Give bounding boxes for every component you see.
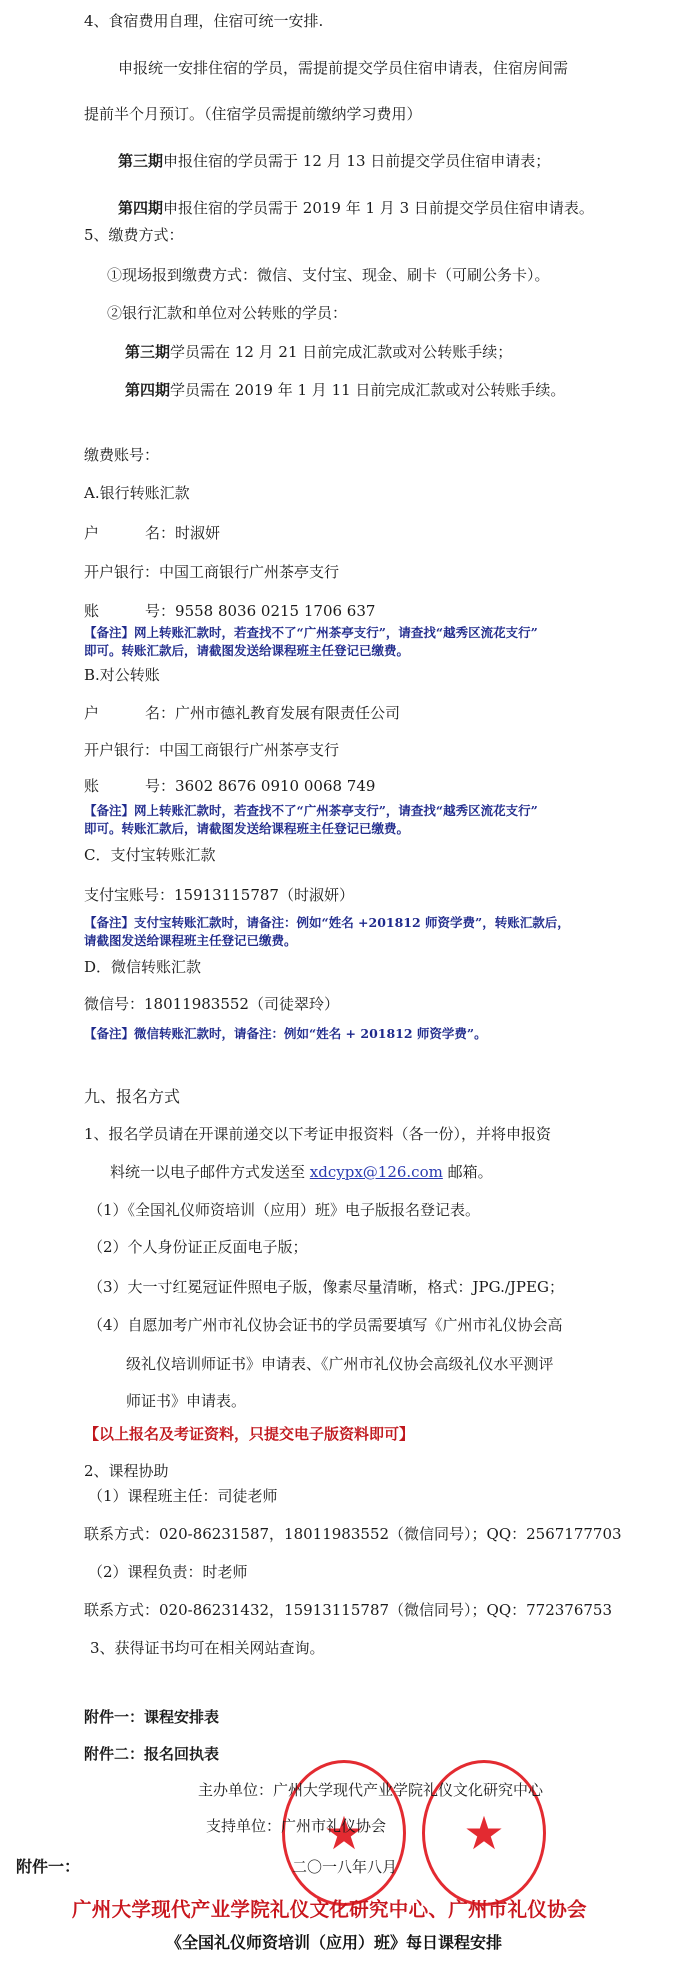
- electronic-only-note: 【以上报名及考证资料，只提交电子版资料即可】: [84, 1425, 414, 1443]
- section5-item2: ②银行汇款和单位对公转账的学员：: [107, 304, 347, 322]
- requirement-3: （3）大一寸红冕冠证件照电子版，像素尽量清晰，格式：JPG./JPEG；: [88, 1278, 564, 1296]
- section4-term3: 第三期申报住宿的学员需于 12 月 13 日前提交学员住宿申请表；: [118, 152, 550, 170]
- email-link[interactable]: xdcypx@126.com: [310, 1163, 443, 1181]
- label: 号：: [145, 602, 175, 620]
- accounts-title: 缴费账号：: [84, 446, 159, 464]
- label: 开户银行：: [84, 741, 159, 759]
- bank-account-number: 账号：9558 8036 0215 1706 637: [84, 602, 375, 620]
- bank-account-name: 户名：时淑妍: [84, 524, 220, 542]
- label: 号：: [145, 777, 175, 795]
- section5-title: 5、缴费方式：: [84, 226, 184, 244]
- appendix-org-title: 广州大学现代产业学院礼仪文化研究中心、广州市礼仪协会: [72, 1894, 587, 1922]
- label: 账: [84, 602, 99, 620]
- value: 中国工商银行广州茶亭支行: [159, 741, 339, 759]
- section4-para-line2: 提前半个月预订。（住宿学员需提前缴纳学习费用）: [84, 105, 422, 123]
- wechat-note-line1: 【备注】微信转账汇款时，请备注：例如“姓名 + 201812 师资学费”。: [84, 1025, 487, 1042]
- label: 账: [84, 777, 99, 795]
- section4-term4: 第四期申报住宿的学员需于 2019 年 1 月 3 日前提交学员住宿申请表。: [118, 199, 594, 217]
- contact2-info: 联系方式：020-86231432，15913115787（微信同号）；QQ：7…: [84, 1601, 612, 1619]
- term4-label: 第四期: [118, 199, 163, 217]
- host-organization: 主办单位：广州大学现代产业学院礼仪文化研究中心: [198, 1781, 543, 1799]
- section4-para-line1: 申报统一安排住宿的学员，需提前提交学员住宿申请表，住宿房间需: [118, 59, 568, 77]
- requirement-4-line3: 师证书》申请表。: [126, 1392, 246, 1410]
- support-organization: 支持单位：广州市礼仪协会: [206, 1817, 386, 1835]
- term4-label: 第四期: [125, 381, 170, 399]
- star-icon: ★: [463, 1810, 504, 1856]
- label: 开户银行：: [84, 563, 159, 581]
- alipay-note-line1: 【备注】支付宝转账汇款时，请备注：例如“姓名 +201812 师资学费”，转账汇…: [84, 914, 570, 931]
- bank-heading: A.银行转账汇款: [84, 484, 190, 502]
- attachment-2: 附件二：报名回执表: [84, 1745, 219, 1763]
- value: 广州市德礼教育发展有限责任公司: [175, 704, 400, 722]
- corporate-account-number: 账号：3602 8676 0910 0068 749: [84, 777, 375, 795]
- term4-text: 申报住宿的学员需于 2019 年 1 月 3 日前提交学员住宿申请表。: [163, 199, 594, 217]
- value: 中国工商银行广州茶亭支行: [159, 563, 339, 581]
- section9-item2: 2、课程协助: [84, 1462, 169, 1480]
- value: 9558 8036 0215 1706 637: [175, 602, 375, 620]
- corporate-account-name: 户名：广州市德礼教育发展有限责任公司: [84, 704, 400, 722]
- corporate-branch: 开户银行：中国工商银行广州茶亭支行: [84, 741, 339, 759]
- contact1-role: （1）课程班主任：司徒老师: [88, 1487, 278, 1505]
- term3-label: 第三期: [118, 152, 163, 170]
- alipay-note-line2: 请截图发送给课程班主任登记已缴费。: [84, 932, 297, 949]
- text: 料统一以电子邮件方式发送至: [110, 1163, 310, 1181]
- label: 户: [84, 704, 99, 722]
- section5-term3: 第三期学员需在 12 月 21 日前完成汇款或对公转账手续；: [125, 343, 512, 361]
- value: 3602 8676 0910 0068 749: [175, 777, 375, 795]
- text: 邮箱。: [443, 1163, 493, 1181]
- contact1-info: 联系方式：020-86231587，18011983552（微信同号）；QQ：2…: [84, 1525, 622, 1543]
- requirement-1: （1）《全国礼仪师资培训（应用）班》电子版报名登记表。: [88, 1201, 480, 1219]
- term3-label: 第三期: [125, 343, 170, 361]
- corporate-note-line1: 【备注】网上转账汇款时，若查找不了“广州茶亭支行”，请查找“越秀区流花支行”: [84, 802, 538, 819]
- bank-branch: 开户银行：中国工商银行广州茶亭支行: [84, 563, 339, 581]
- section9-item1-line1: 1、报名学员请在开课前递交以下考证申报资料（各一份），并将申报资: [84, 1125, 551, 1143]
- bank-note-line1: 【备注】网上转账汇款时，若查找不了“广州茶亭支行”，请查找“越秀区流花支行”: [84, 624, 538, 641]
- label: 户: [84, 524, 99, 542]
- section9-item1-line2: 料统一以电子邮件方式发送至 xdcypx@126.com 邮箱。: [110, 1163, 493, 1181]
- label: 名：: [145, 524, 175, 542]
- signature-date: 二〇一八年八月: [292, 1858, 397, 1876]
- section9-title: 九、报名方式: [84, 1088, 180, 1106]
- term4-text: 学员需在 2019 年 1 月 11 日前完成汇款或对公转账手续。: [170, 381, 565, 399]
- wechat-heading: D．微信转账汇款: [84, 958, 201, 976]
- alipay-heading: C．支付宝转账汇款: [84, 846, 215, 864]
- corporate-note-line2: 即可。转账汇款后，请截图发送给课程班主任登记已缴费。: [84, 820, 409, 837]
- corporate-heading: B.对公转账: [84, 666, 160, 684]
- contact2-role: （2）课程负责：时老师: [88, 1563, 248, 1581]
- section4-title: 4、食宿费用自理，住宿可统一安排.: [84, 12, 323, 30]
- section5-term4: 第四期学员需在 2019 年 1 月 11 日前完成汇款或对公转账手续。: [125, 381, 565, 399]
- section5-item1: ①现场报到缴费方式：微信、支付宝、现金、刷卡（可刷公务卡）。: [107, 266, 550, 284]
- section9-item3: 3、获得证书均可在相关网站查询。: [90, 1639, 325, 1657]
- attachment-1: 附件一：课程安排表: [84, 1708, 219, 1726]
- appendix-label: 附件一：: [16, 1858, 80, 1876]
- value: 时淑妍: [175, 524, 220, 542]
- wechat-account: 微信号：18011983552（司徒翠玲）: [84, 995, 339, 1013]
- requirement-4-line1: （4）自愿加考广州市礼仪协会证书的学员需要填写《广州市礼仪协会高: [88, 1316, 563, 1334]
- requirement-2: （2）个人身份证正反面电子版；: [88, 1238, 308, 1256]
- term3-text: 申报住宿的学员需于 12 月 13 日前提交学员住宿申请表；: [163, 152, 550, 170]
- bank-note-line2: 即可。转账汇款后，请截图发送给课程班主任登记已缴费。: [84, 642, 409, 659]
- label: 名：: [145, 704, 175, 722]
- alipay-account: 支付宝账号：15913115787（时淑妍）: [84, 886, 354, 904]
- term3-text: 学员需在 12 月 21 日前完成汇款或对公转账手续；: [170, 343, 512, 361]
- requirement-4-line2: 级礼仪培训师证书》申请表、《广州市礼仪协会高级礼仪水平测评: [126, 1355, 554, 1373]
- appendix-schedule-title: 《全国礼仪师资培训（应用）班》每日课程安排: [166, 1930, 502, 1953]
